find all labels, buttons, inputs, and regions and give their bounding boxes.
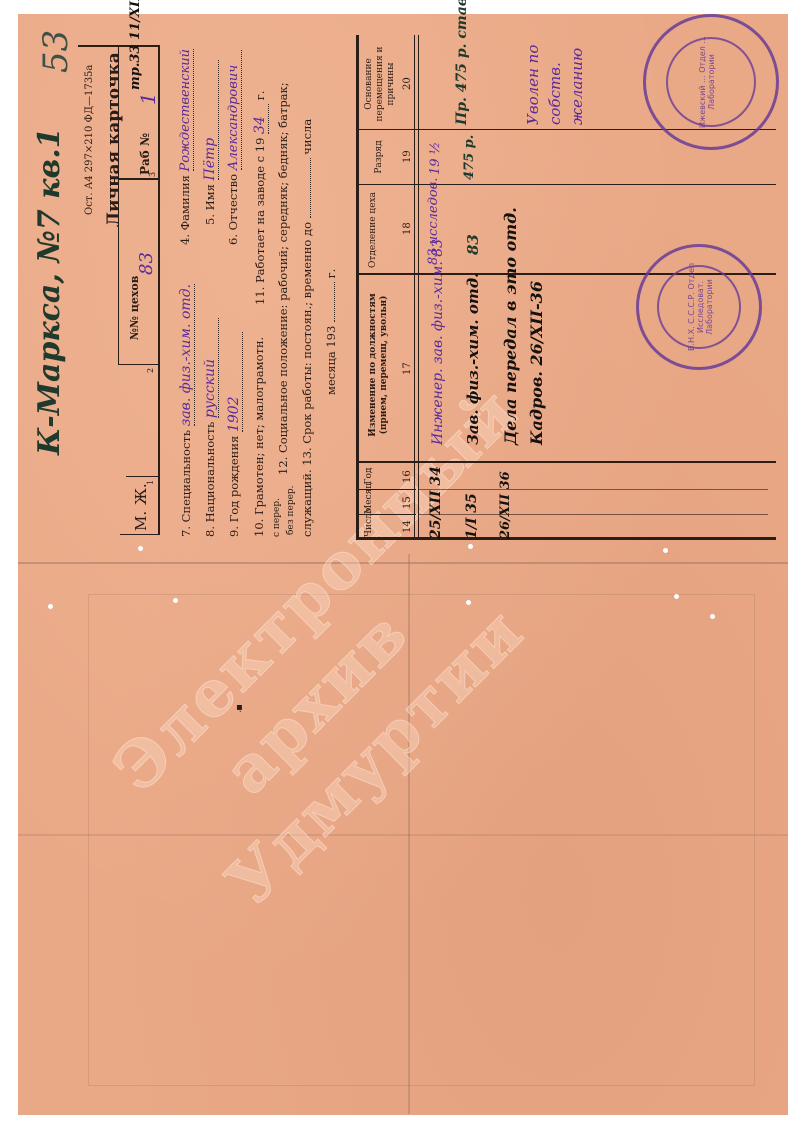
ink-specks: ▪̣ bbox=[236, 702, 243, 713]
col-num: 3 bbox=[148, 172, 157, 177]
form-code: Ост. А4 297×210 ФД—1735а bbox=[84, 65, 95, 215]
shops-value: 83 bbox=[136, 252, 157, 275]
field-name: 5. Имя Пётр bbox=[202, 60, 219, 225]
col-num: 1 bbox=[146, 480, 155, 485]
field-patronymic-value: Александрович bbox=[226, 50, 242, 170]
field-term-month: месяца 193 г. bbox=[324, 269, 338, 395]
field-surname-value: Рождественский bbox=[178, 49, 194, 172]
row1-grade: 19 ½ bbox=[428, 142, 443, 175]
row1-date: 25/XII 34 bbox=[428, 466, 444, 539]
field-works-since: 11. Работает на заводе с 19 34 г. bbox=[252, 91, 269, 305]
col-num: 2 bbox=[146, 368, 155, 373]
field-birth-year-value: 1902 bbox=[226, 332, 243, 432]
stamp-round-2: Ижевский ... Отдел ... Лаборатории bbox=[643, 14, 779, 150]
row3-reason: Уволен по собств. желанию bbox=[522, 15, 588, 125]
hole bbox=[663, 548, 668, 553]
margin-note: К-Маркса, №7 кв.1 bbox=[32, 127, 67, 455]
row1-dept: 83 исследов. bbox=[426, 178, 441, 265]
hole bbox=[466, 600, 471, 605]
shops-label: №№ цехов bbox=[128, 276, 141, 340]
hole bbox=[48, 604, 53, 609]
col-num: 15 bbox=[402, 496, 413, 509]
col-header-grade: Разряд bbox=[374, 131, 385, 183]
col-header-dept: Отделение цеха bbox=[368, 190, 379, 270]
field-nationality: 8. Национальность русский bbox=[202, 318, 219, 537]
row2-dept: 83 bbox=[464, 234, 482, 255]
hole bbox=[710, 614, 715, 619]
col-header-month: Месяц bbox=[364, 490, 375, 514]
rab-value: 1 bbox=[136, 92, 160, 105]
col-header-day: Число bbox=[364, 515, 375, 537]
field-term: служащий. 13. Срок работы: постоян.; вре… bbox=[300, 119, 314, 537]
col-num: 16 bbox=[402, 470, 413, 483]
col-num: 20 bbox=[402, 77, 413, 90]
corner-note: тр.33 11/XII 34 bbox=[128, 0, 143, 90]
row3-change: Дела передал в это отд. Кадров. 26/XII-3… bbox=[498, 155, 550, 445]
col-num: 18 bbox=[402, 222, 413, 235]
field-literacy: 10. Грамотен; нет; малограмотн. bbox=[252, 337, 266, 537]
row3-date: 26/XII 36 bbox=[498, 471, 513, 539]
col-header-change: Изменение по должностям (прием, перемещ,… bbox=[368, 285, 390, 445]
field-specialty-value: зав. физ.-хим. отд. bbox=[178, 284, 195, 426]
field-birth-year: 9. Год рождения 1902 bbox=[226, 332, 243, 537]
col-num: 19 bbox=[402, 150, 413, 163]
stamp-round-1: В.Н.Х. С.С.С.Р. Отдел Исследоват. Лабора… bbox=[636, 244, 762, 370]
hole bbox=[138, 546, 143, 551]
rab-label: Раб № bbox=[138, 133, 152, 175]
row2-change: Зав. физ.-хим. отд. bbox=[464, 273, 482, 445]
row2-grade: 475 р. bbox=[462, 135, 477, 180]
field-works-since-value: 34 bbox=[252, 104, 269, 134]
col-num: 17 bbox=[402, 362, 413, 375]
row2-reason: Пр. 475 р. ставка bbox=[454, 0, 470, 125]
document-title: Личная карточка bbox=[104, 52, 124, 227]
hole bbox=[674, 594, 679, 599]
corner-number: 53 bbox=[36, 30, 76, 73]
field-patronymic: 6. Отчество Александрович bbox=[226, 50, 242, 245]
col-header-year: Год bbox=[364, 463, 375, 489]
field-without-break: без перер. bbox=[286, 485, 296, 535]
form-front: К-Маркса, №7 кв.1 53 Ост. А4 297×210 ФД—… bbox=[18, 14, 788, 545]
field-nationality-value: русский bbox=[202, 318, 219, 418]
field-surname: 4. Фамилия Рождественский bbox=[178, 49, 194, 245]
hole bbox=[173, 598, 178, 603]
row2-date: 1/I 35 bbox=[464, 493, 480, 539]
field-name-value: Пётр bbox=[202, 60, 219, 180]
col-num: 14 bbox=[402, 520, 413, 533]
sex-male-label: М. bbox=[132, 511, 150, 531]
row1-change: Инженер. зав. физ.-хим. 83 bbox=[430, 239, 446, 445]
field-specialty: 7. Специальность зав. физ.-хим. отд. bbox=[178, 284, 195, 537]
field-social-status: 12. Социальное положение: рабочий; серед… bbox=[276, 82, 290, 475]
sex-female-label: Ж. bbox=[132, 483, 150, 505]
col-header-reason: Основание перемещения и причины bbox=[364, 40, 397, 128]
field-with-break: с перер. bbox=[272, 498, 282, 537]
